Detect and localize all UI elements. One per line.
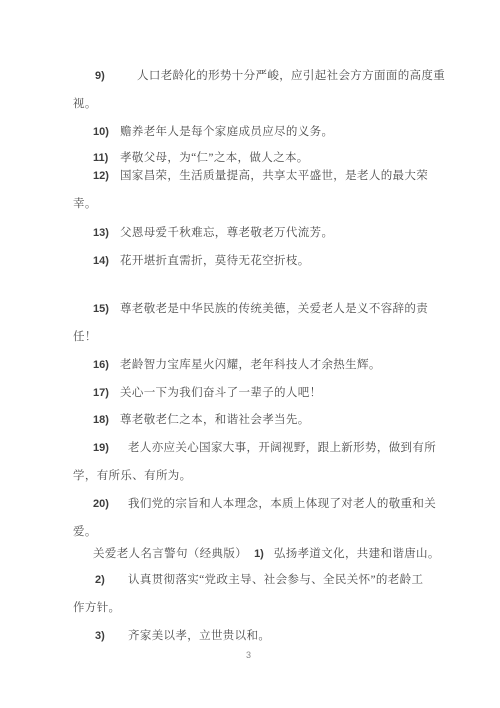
- wrap-line: 视。: [0, 96, 500, 112]
- list-line-3: 3) 齐家美以孝，立世贵以和。: [0, 628, 500, 644]
- line-text: 人口老龄化的形势十分严峻，应引起社会方方面面的高度重: [137, 68, 445, 84]
- line-text: 任！: [73, 329, 97, 345]
- line-text: 作方针。: [73, 600, 120, 616]
- line-text: 爱。: [73, 524, 97, 540]
- list-line-19: 19) 老人亦应关心国家大事，开阔视野，跟上新形势，做到有所: [0, 440, 500, 456]
- list-number: 1): [254, 548, 264, 560]
- page-number: 3: [246, 650, 251, 660]
- heading-flow: 关爱老人名言警句（经典版） 1) 弘扬孝道文化，共建和谐唐山。: [93, 544, 440, 562]
- list-line-11: 11) 孝敬父母，为“仁”之本，做人之本。: [0, 150, 500, 166]
- line-text: 幸。: [73, 196, 97, 212]
- line-text: 齐家美以孝，立世贵以和。: [128, 628, 270, 644]
- list-line-14: 14) 花开堪折直需折，莫待无花空折枝。: [0, 253, 500, 269]
- line-text: 国家昌荣，生活质量提高，共享太平盛世，是老人的最大荣: [120, 168, 428, 184]
- list-line-15: 15) 尊老敬老是中华民族的传统美德，关爱老人是义不容辞的责: [0, 301, 500, 317]
- list-number: 11): [93, 150, 108, 166]
- line-text: 我们党的宗旨和人本理念，本质上体现了对老人的敬重和关: [128, 496, 436, 512]
- list-number: 15): [93, 301, 109, 317]
- list-line-13: 13) 父恩母爱千秋难忘，尊老敬老万代流芳。: [0, 225, 500, 241]
- line-text: 花开堪折直需折，莫待无花空折枝。: [120, 253, 310, 269]
- line-text: 赡养老年人是每个家庭成员应尽的义务。: [120, 124, 333, 140]
- line-text: 老人亦应关心国家大事，开阔视野，跟上新形势，做到有所: [128, 440, 436, 456]
- list-number: 9): [95, 68, 105, 84]
- line-text: 孝敬父母，为“仁”之本，做人之本。: [120, 150, 309, 166]
- section-heading-text: 关爱老人名言警句（经典版）: [93, 548, 247, 560]
- line-text: 父恩母爱千秋难忘，尊老敬老万代流芳。: [120, 225, 333, 241]
- wrap-line: 幸。: [0, 196, 500, 212]
- line-text: 老龄智力宝库星火闪耀，老年科技人才余热生辉。: [120, 357, 381, 373]
- document-page: 9) 人口老龄化的形势十分严峻，应引起社会方方面面的高度重 视。 10) 赡养老…: [0, 0, 500, 708]
- list-line-16: 16) 老龄智力宝库星火闪耀，老年科技人才余热生辉。: [0, 357, 500, 373]
- line-text: 关心一下为我们奋斗了一辈子的人吧！: [120, 385, 321, 401]
- line-text: 视。: [73, 96, 97, 112]
- line-text: 尊老敬老是中华民族的传统美德，关爱老人是义不容辞的责: [120, 301, 428, 317]
- list-number: 12): [93, 168, 109, 184]
- list-number: 2): [95, 572, 105, 588]
- wrap-line: 作方针。: [0, 600, 500, 616]
- list-line-17: 17) 关心一下为我们奋斗了一辈子的人吧！: [0, 385, 500, 401]
- list-number: 20): [93, 496, 109, 512]
- list-number: 14): [93, 253, 109, 269]
- wrap-line: 学，有所乐、有所为。: [0, 468, 500, 484]
- list-number: 10): [93, 124, 109, 140]
- list-number: 13): [93, 225, 109, 241]
- list-line-18: 18) 尊老敬老仁之本，和谐社会孝当先。: [0, 412, 500, 428]
- list-number: 19): [93, 440, 109, 456]
- list-line-20: 20) 我们党的宗旨和人本理念，本质上体现了对老人的敬重和关: [0, 496, 500, 512]
- line-text: 尊老敬老仁之本，和谐社会孝当先。: [120, 412, 310, 428]
- list-line-2: 2) 认真贯彻落实“党政主导、社会参与、全民关怀”的老龄工: [0, 572, 500, 588]
- list-number: 16): [93, 357, 109, 373]
- line-text: 认真贯彻落实“党政主导、社会参与、全民关怀”的老龄工: [128, 572, 423, 588]
- list-line-10: 10) 赡养老年人是每个家庭成员应尽的义务。: [0, 124, 500, 140]
- list-line-9: 9) 人口老龄化的形势十分严峻，应引起社会方方面面的高度重: [0, 68, 500, 84]
- line-text: 学，有所乐、有所为。: [73, 468, 192, 484]
- list-number: 3): [95, 628, 105, 644]
- wrap-line: 爱。: [0, 524, 500, 540]
- list-number: 18): [93, 412, 109, 428]
- list-line-12: 12) 国家昌荣，生活质量提高，共享太平盛世，是老人的最大荣: [0, 168, 500, 184]
- line-text: 弘扬孝道文化，共建和谐唐山。: [274, 548, 440, 560]
- list-number: 17): [93, 385, 109, 401]
- section-heading-line: 关爱老人名言警句（经典版） 1) 弘扬孝道文化，共建和谐唐山。: [0, 544, 500, 560]
- wrap-line: 任！: [0, 329, 500, 345]
